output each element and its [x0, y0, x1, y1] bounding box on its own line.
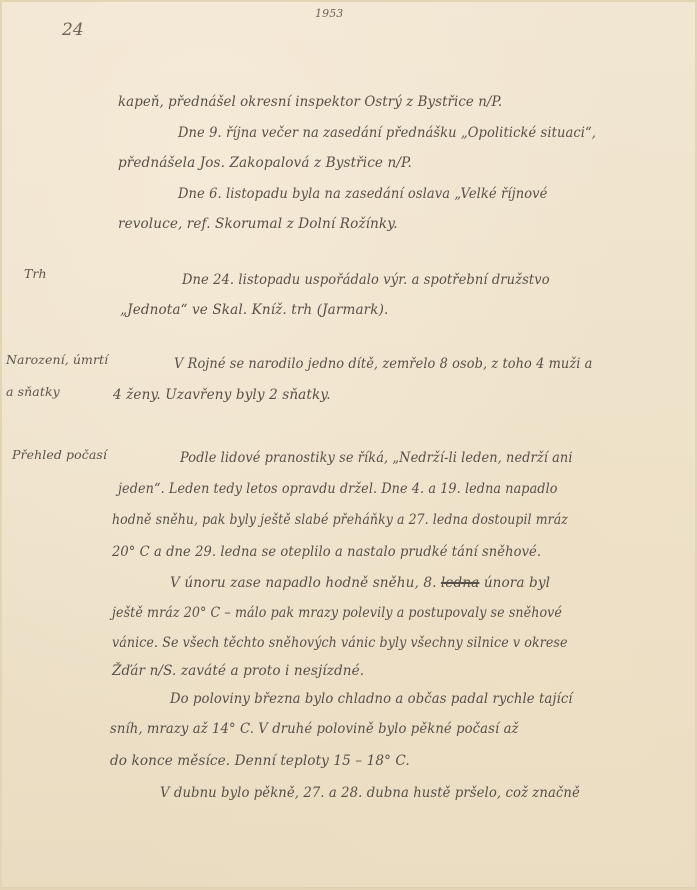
- page-year-header: 1953: [315, 7, 343, 20]
- text-line: 4 ženy. Uzavřeny byly 2 sňatky.: [113, 389, 331, 403]
- text-line: Dne 9. října večer na zasedání přednášku…: [178, 127, 596, 141]
- struck-word: ledna: [441, 575, 479, 591]
- text-line: V únoru zase napadlo hodně sněhu, 8. led…: [170, 577, 550, 591]
- text-line: 20° C a dne 29. ledna se oteplilo a nast…: [112, 546, 541, 560]
- text-line: vánice. Se všech těchto sněhových vánic …: [112, 637, 568, 651]
- text-line: jeden“. Leden tedy letos opravdu držel. …: [118, 483, 558, 497]
- text-line: do konce měsíce. Denní teploty 15 – 18° …: [110, 755, 410, 769]
- text-line: Žďár n/S. zaváté a proto i nesjízdné.: [112, 665, 364, 679]
- text-line: V dubnu bylo pěkně, 27. a 28. dubna hust…: [160, 787, 580, 801]
- text-segment: února byl: [484, 575, 550, 591]
- text-line: kapeň, přednášel okresní inspektor Ostrý…: [118, 96, 502, 110]
- text-line: hodně sněhu, pak byly ještě slabé přeháň…: [112, 514, 568, 528]
- text-line: Do poloviny března bylo chladno a občas …: [170, 693, 573, 707]
- text-line: Podle lidové pranostiky se říká, „Nedrží…: [180, 452, 573, 466]
- text-line: Dne 24. listopadu uspořádalo výr. a spot…: [182, 274, 550, 288]
- margin-note-narozeni: a sňatky: [6, 384, 60, 399]
- text-segment: V únoru zase napadlo hodně sněhu, 8.: [170, 575, 437, 591]
- text-line: Dne 6. listopadu byla na zasedání oslava…: [178, 188, 547, 202]
- chronicle-page: 24 1953 kapeň, přednášel okresní inspekt…: [0, 0, 697, 890]
- margin-note-narozeni: Narození, úmrtí: [6, 352, 108, 367]
- margin-note-trh: Trh: [24, 266, 47, 281]
- text-line: „Jednota“ ve Skal. Kníž. trh (Jarmark).: [120, 304, 388, 318]
- page-number: 24: [62, 20, 84, 40]
- text-line: revoluce, ref. Skorumal z Dolní Rožínky.: [118, 218, 398, 232]
- text-line: přednášela Jos. Zakopalová z Bystřice n/…: [118, 157, 412, 171]
- margin-note-prehled-pocasi: Přehled počasí: [12, 447, 107, 462]
- text-line: sníh, mrazy až 14° C. V druhé polovině b…: [110, 723, 519, 737]
- text-line: ještě mráz 20° C – málo pak mrazy polevi…: [112, 607, 562, 621]
- text-line: V Rojné se narodilo jedno dítě, zemřelo …: [174, 358, 592, 372]
